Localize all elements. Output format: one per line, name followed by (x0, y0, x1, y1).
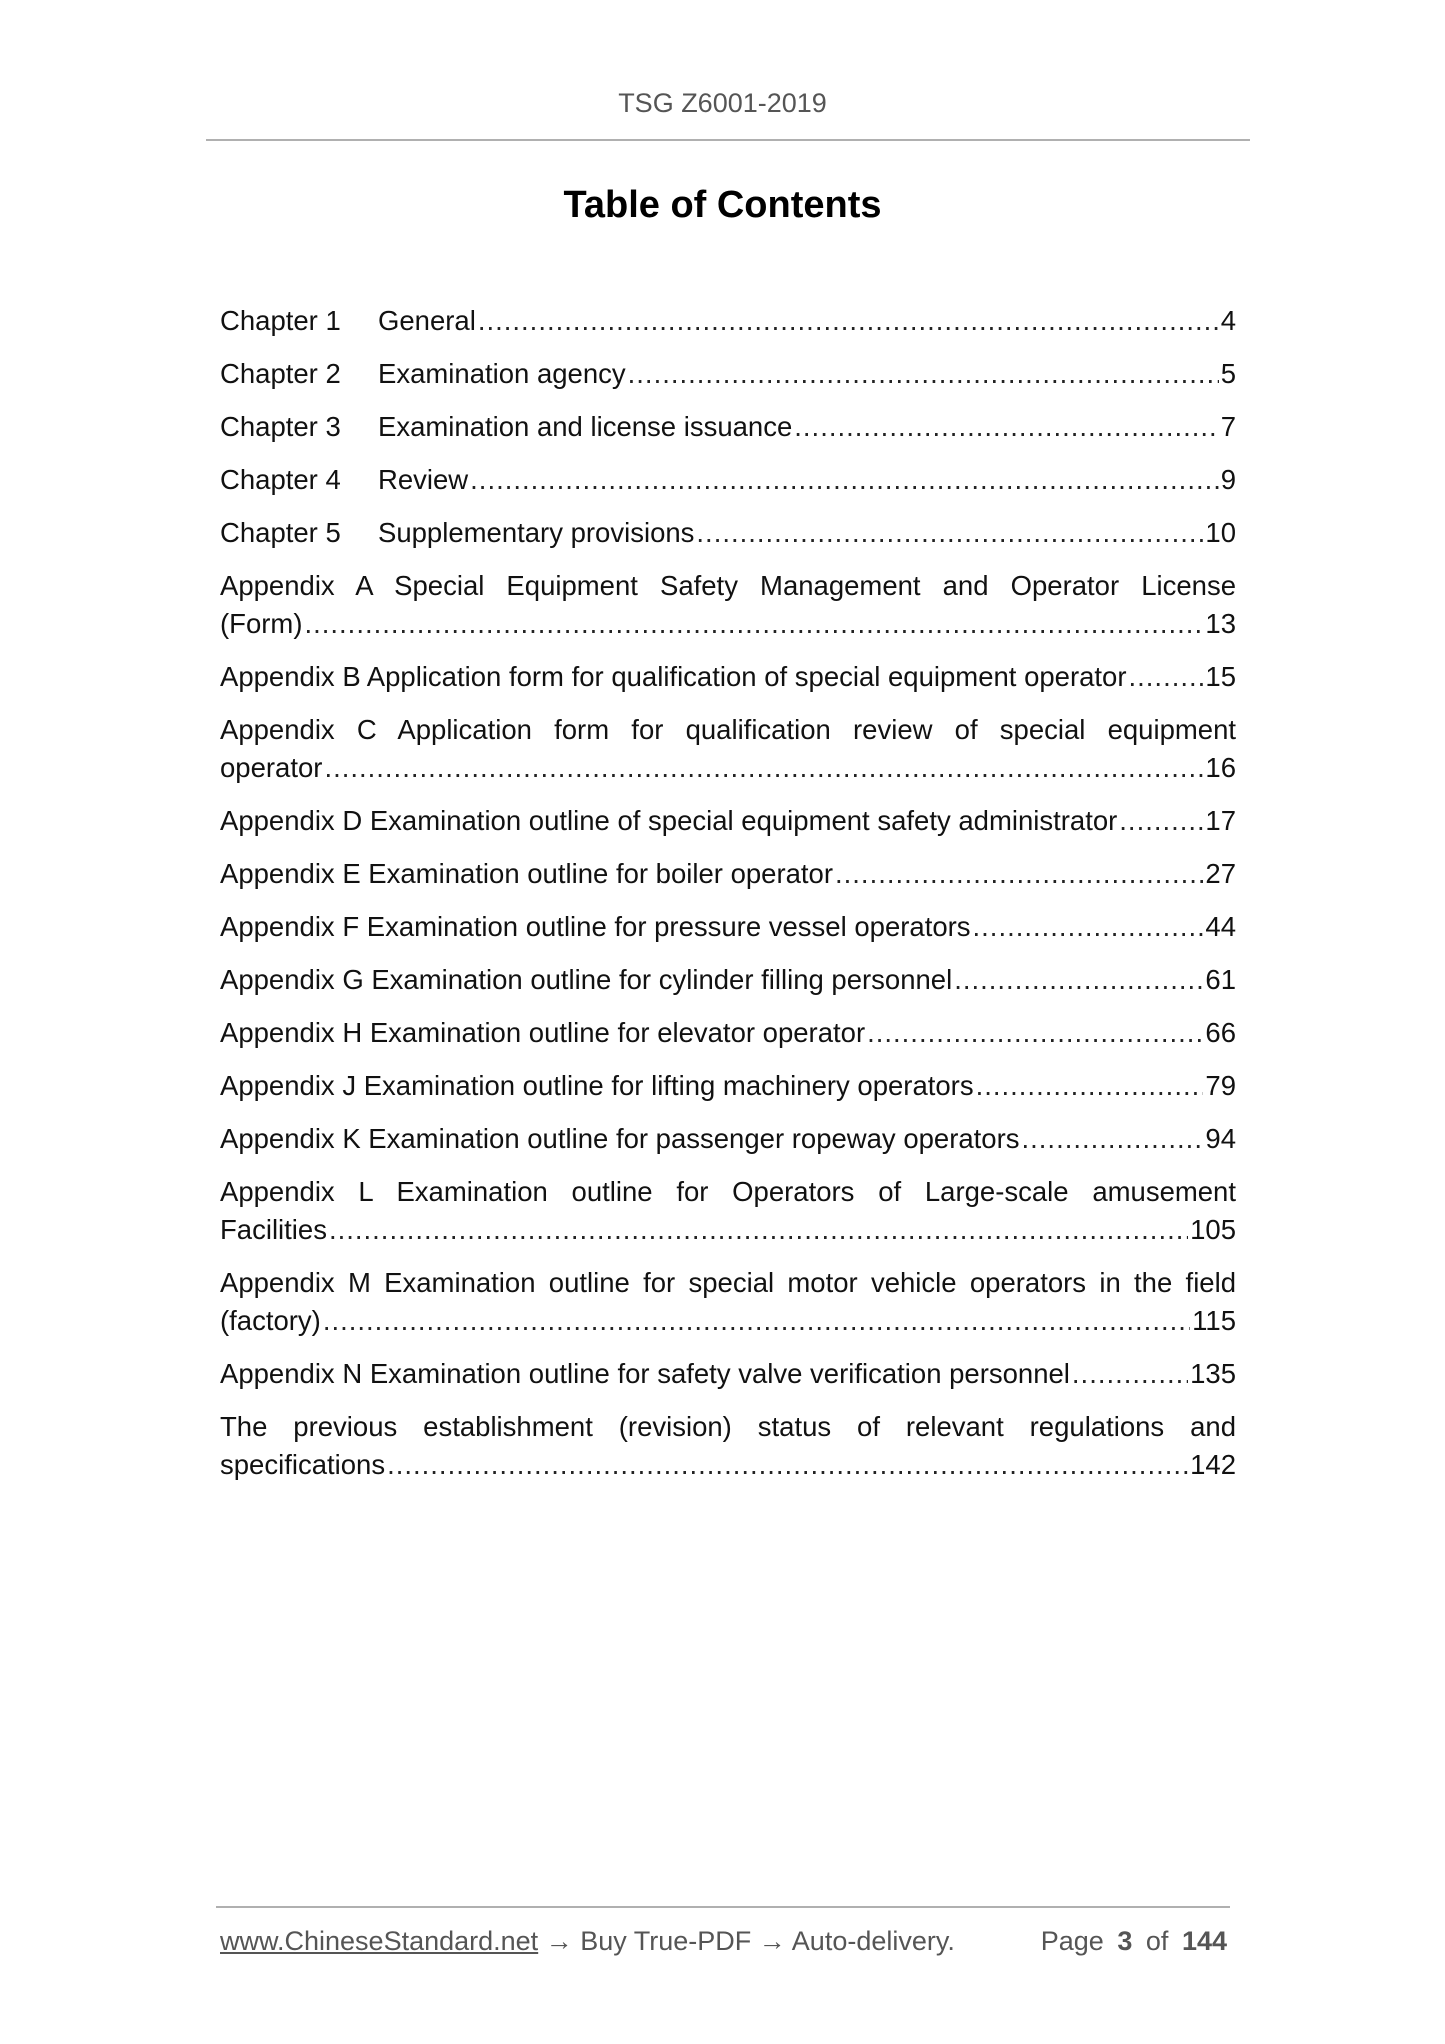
toc-entry[interactable]: Appendix B Application form for qualific… (220, 658, 1236, 696)
page-number: 66 (1205, 1014, 1236, 1052)
toc-entry[interactable]: Appendix D Examination outline of specia… (220, 802, 1236, 840)
page-number: 115 (1192, 1302, 1236, 1340)
toc-entry[interactable]: The previous establishment (revision) st… (220, 1408, 1236, 1484)
chapter-number: Chapter 3 (220, 408, 378, 446)
entry-title: Appendix H Examination outline for eleva… (220, 1014, 865, 1052)
page-number: 105 (1190, 1211, 1236, 1249)
website-link[interactable]: www.ChineseStandard.net (220, 1926, 538, 1956)
entry-title: Appendix E Examination outline for boile… (220, 855, 833, 893)
entry-title: Appendix F Examination outline for press… (220, 908, 971, 946)
page-number: 135 (1190, 1355, 1236, 1393)
arrow-right-icon: → (546, 1926, 573, 1956)
dot-leader (696, 514, 1203, 552)
dot-leader (867, 1014, 1203, 1052)
page-number: 44 (1205, 908, 1236, 946)
chapter-number: Chapter 1 (220, 302, 378, 340)
dot-leader (794, 408, 1218, 446)
toc-entry[interactable]: Appendix K Examination outline for passe… (220, 1120, 1236, 1158)
dot-leader (1119, 802, 1203, 840)
entry-title: Appendix K Examination outline for passe… (220, 1120, 1020, 1158)
dot-leader (628, 355, 1219, 393)
buy-text: Buy True-PDF (580, 1926, 751, 1956)
entry-title: Facilities (220, 1211, 327, 1249)
entry-title: Appendix G Examination outline for cylin… (220, 961, 952, 999)
page-indicator: Page 3 of 144 (1038, 1926, 1230, 1957)
toc-entry[interactable]: Appendix N Examination outline for safet… (220, 1355, 1236, 1393)
dot-leader (973, 908, 1204, 946)
dot-leader (976, 1067, 1204, 1105)
dot-leader (1072, 1355, 1188, 1393)
toc-entry[interactable]: Appendix H Examination outline for eleva… (220, 1014, 1236, 1052)
page-title: Table of Contents (0, 184, 1445, 227)
entry-title: specifications (220, 1446, 385, 1484)
dot-leader (329, 1211, 1188, 1249)
toc-entry[interactable]: Appendix A Special Equipment Safety Mana… (220, 567, 1236, 643)
delivery-text: Auto-delivery. (792, 1926, 955, 1956)
toc-entry[interactable]: Appendix E Examination outline for boile… (220, 855, 1236, 893)
toc-entry-chapter-2[interactable]: Chapter 2Examination agency5 (220, 355, 1236, 393)
page-current: 3 (1117, 1926, 1132, 1956)
entry-title: (Form) (220, 605, 302, 643)
page-number: 94 (1205, 1120, 1236, 1158)
entry-title: (factory) (220, 1302, 321, 1340)
entry-title-line: Appendix L Examination outline for Opera… (220, 1173, 1236, 1211)
chapter-title: Supplementary provisions (378, 514, 694, 552)
page-number: 17 (1205, 802, 1236, 840)
dot-leader (324, 749, 1203, 787)
toc-entry-chapter-4[interactable]: Chapter 4Review9 (220, 461, 1236, 499)
page-number: 61 (1205, 961, 1236, 999)
dot-leader (478, 302, 1219, 340)
document-code-header: TSG Z6001-2019 (0, 88, 1445, 119)
toc-entry[interactable]: Appendix M Examination outline for speci… (220, 1264, 1236, 1340)
entry-title: Appendix N Examination outline for safet… (220, 1355, 1070, 1393)
page-number: 27 (1205, 855, 1236, 893)
toc-entry[interactable]: Appendix J Examination outline for lifti… (220, 1067, 1236, 1105)
chapter-title: Examination and license issuance (378, 408, 792, 446)
entry-title-line: Appendix C Application form for qualific… (220, 711, 1236, 749)
chapter-title: Review (378, 461, 468, 499)
page-number: 9 (1221, 461, 1236, 499)
entry-title: operator (220, 749, 322, 787)
toc-entry-chapter-5[interactable]: Chapter 5Supplementary provisions10 (220, 514, 1236, 552)
entry-title: Appendix D Examination outline of specia… (220, 802, 1117, 840)
chapter-number: Chapter 4 (220, 461, 378, 499)
page-number: 7 (1221, 408, 1236, 446)
toc-entry-chapter-3[interactable]: Chapter 3Examination and license issuanc… (220, 408, 1236, 446)
dot-leader (470, 461, 1219, 499)
chapter-number: Chapter 5 (220, 514, 378, 552)
page-of: of (1146, 1926, 1169, 1956)
page-footer: www.ChineseStandard.net → Buy True-PDF →… (220, 1926, 1230, 1957)
footer-divider (216, 1906, 1230, 1908)
page-number: 4 (1221, 302, 1236, 340)
toc-entry-chapter-1[interactable]: Chapter 1General4 (220, 302, 1236, 340)
entry-title: Appendix B Application form for qualific… (220, 658, 1127, 696)
page-number: 13 (1205, 605, 1236, 643)
dot-leader (954, 961, 1203, 999)
toc-entry[interactable]: Appendix L Examination outline for Opera… (220, 1173, 1236, 1249)
page-total: 144 (1182, 1926, 1227, 1956)
dot-leader (387, 1446, 1188, 1484)
entry-title-line: The previous establishment (revision) st… (220, 1408, 1236, 1446)
toc-entry[interactable]: Appendix G Examination outline for cylin… (220, 961, 1236, 999)
dot-leader (1129, 658, 1204, 696)
page-number: 10 (1205, 514, 1236, 552)
dot-leader (323, 1302, 1190, 1340)
page-number: 142 (1190, 1446, 1236, 1484)
page-number: 15 (1205, 658, 1236, 696)
dot-leader (835, 855, 1203, 893)
header-divider (206, 139, 1250, 141)
page-label: Page (1041, 1926, 1104, 1956)
entry-title-line: Appendix A Special Equipment Safety Mana… (220, 567, 1236, 605)
toc-entry[interactable]: Appendix F Examination outline for press… (220, 908, 1236, 946)
entry-title: Appendix J Examination outline for lifti… (220, 1067, 974, 1105)
table-of-contents: Chapter 1General4Chapter 2Examination ag… (220, 302, 1236, 1499)
footer-promo: www.ChineseStandard.net → Buy True-PDF →… (220, 1926, 955, 1957)
chapter-title: General (378, 302, 476, 340)
arrow-right-icon: → (759, 1926, 786, 1956)
chapter-title: Examination agency (378, 355, 626, 393)
chapter-number: Chapter 2 (220, 355, 378, 393)
page-number: 79 (1205, 1067, 1236, 1105)
page-number: 5 (1221, 355, 1236, 393)
entry-title-line: Appendix M Examination outline for speci… (220, 1264, 1236, 1302)
dot-leader (304, 605, 1203, 643)
page-number: 16 (1205, 749, 1236, 787)
dot-leader (1022, 1120, 1204, 1158)
toc-entry[interactable]: Appendix C Application form for qualific… (220, 711, 1236, 787)
